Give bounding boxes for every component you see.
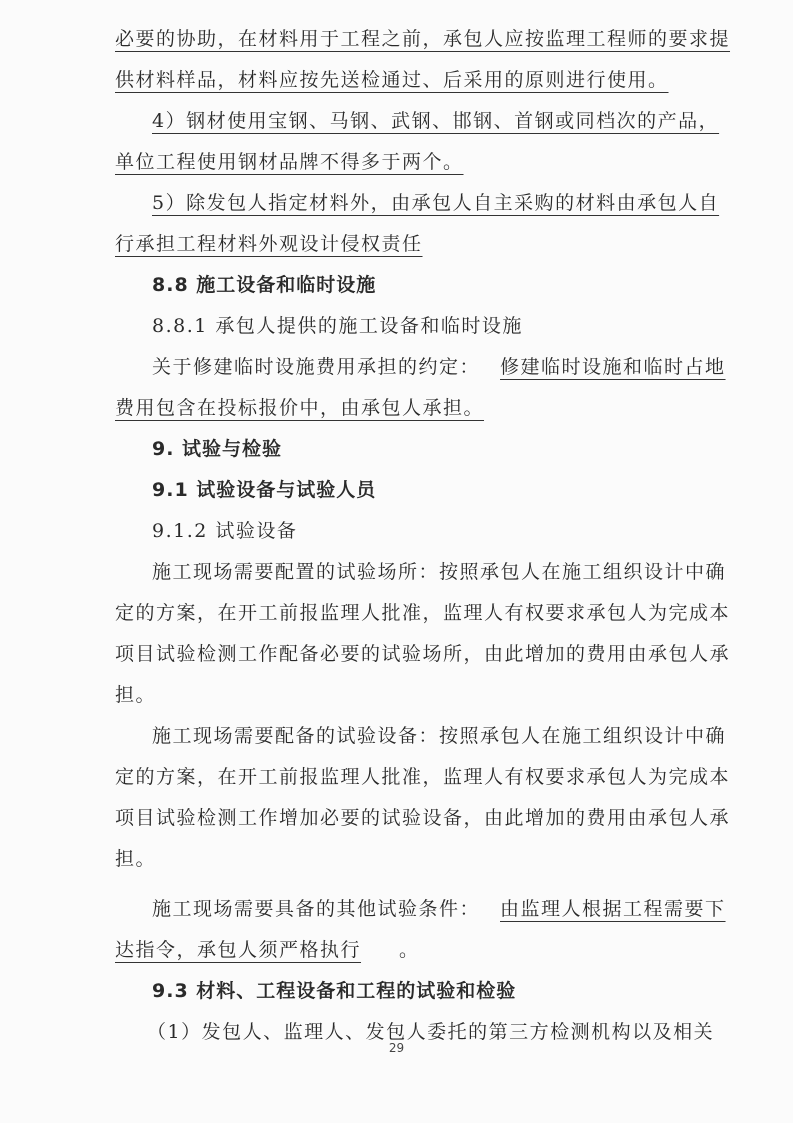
temporary-facilities-label: 关于修建临时设施费用承担的约定： bbox=[152, 356, 480, 378]
temporary-facilities-agreement: 关于修建临时设施费用承担的约定：修建临时设施和临时占地 bbox=[152, 355, 726, 379]
test-site-paragraph-line-2: 定的方案，在开工前报监理人批准，监理人有权要求承包人为完成本 bbox=[115, 601, 730, 625]
test-equipment-paragraph-line-2: 定的方案，在开工前报监理人批准，监理人有权要求承包人为完成本 bbox=[115, 765, 730, 789]
test-site-paragraph-line-1: 施工现场需要配置的试验场所：按照承包人在施工组织设计中确 bbox=[152, 560, 726, 584]
test-equipment-paragraph-line-1: 施工现场需要配备的试验设备：按照承包人在施工组织设计中确 bbox=[152, 724, 726, 748]
clause-5-materials-liability: 5）除发包人指定材料外，由承包人自主采购的材料由承包人自 bbox=[152, 191, 719, 215]
subsection-heading-9-1-2: 9.1.2 试验设备 bbox=[152, 519, 297, 543]
clause-4-steel-brands: 4）钢材使用宝钢、马钢、武钢、邯钢、首钢或同档次的产品， bbox=[152, 109, 719, 133]
clause-5-materials-liability-cont: 行承担工程材料外观设计侵权责任 bbox=[115, 232, 423, 256]
document-page: 必要的协助，在材料用于工程之前，承包人应按监理工程师的要求提 供材料样品，材料应… bbox=[0, 0, 793, 1123]
clause-4-steel-brand-limit: 单位工程使用钢材品牌不得多于两个。 bbox=[115, 150, 464, 174]
paragraph-line-materials-assist: 必要的协助，在材料用于工程之前，承包人应按监理工程师的要求提 bbox=[115, 27, 730, 51]
paragraph-line-materials-samples: 供材料样品，材料应按先送检通过、后采用的原则进行使用。 bbox=[115, 68, 669, 92]
test-equipment-paragraph-line-4: 担。 bbox=[115, 847, 156, 871]
test-equipment-paragraph-line-3: 项目试验检测工作增加必要的试验设备，由此增加的费用由承包人承 bbox=[115, 806, 730, 830]
section-heading-9: 9. 试验与检验 bbox=[152, 437, 282, 461]
subsection-heading-8-8-1: 8.8.1 承包人提供的施工设备和临时设施 bbox=[152, 314, 523, 338]
temporary-facilities-value-cont: 费用包含在投标报价中，由承包人承担。 bbox=[115, 396, 484, 420]
test-site-paragraph-line-4: 担。 bbox=[115, 683, 156, 707]
section-heading-8-8: 8.8 施工设备和临时设施 bbox=[152, 273, 376, 297]
test-site-paragraph-line-3: 项目试验检测工作配备必要的试验场所，由此增加的费用由承包人承 bbox=[115, 642, 730, 666]
temporary-facilities-value: 修建临时设施和临时占地 bbox=[480, 356, 726, 378]
section-heading-9-1: 9.1 试验设备与试验人员 bbox=[152, 478, 376, 502]
